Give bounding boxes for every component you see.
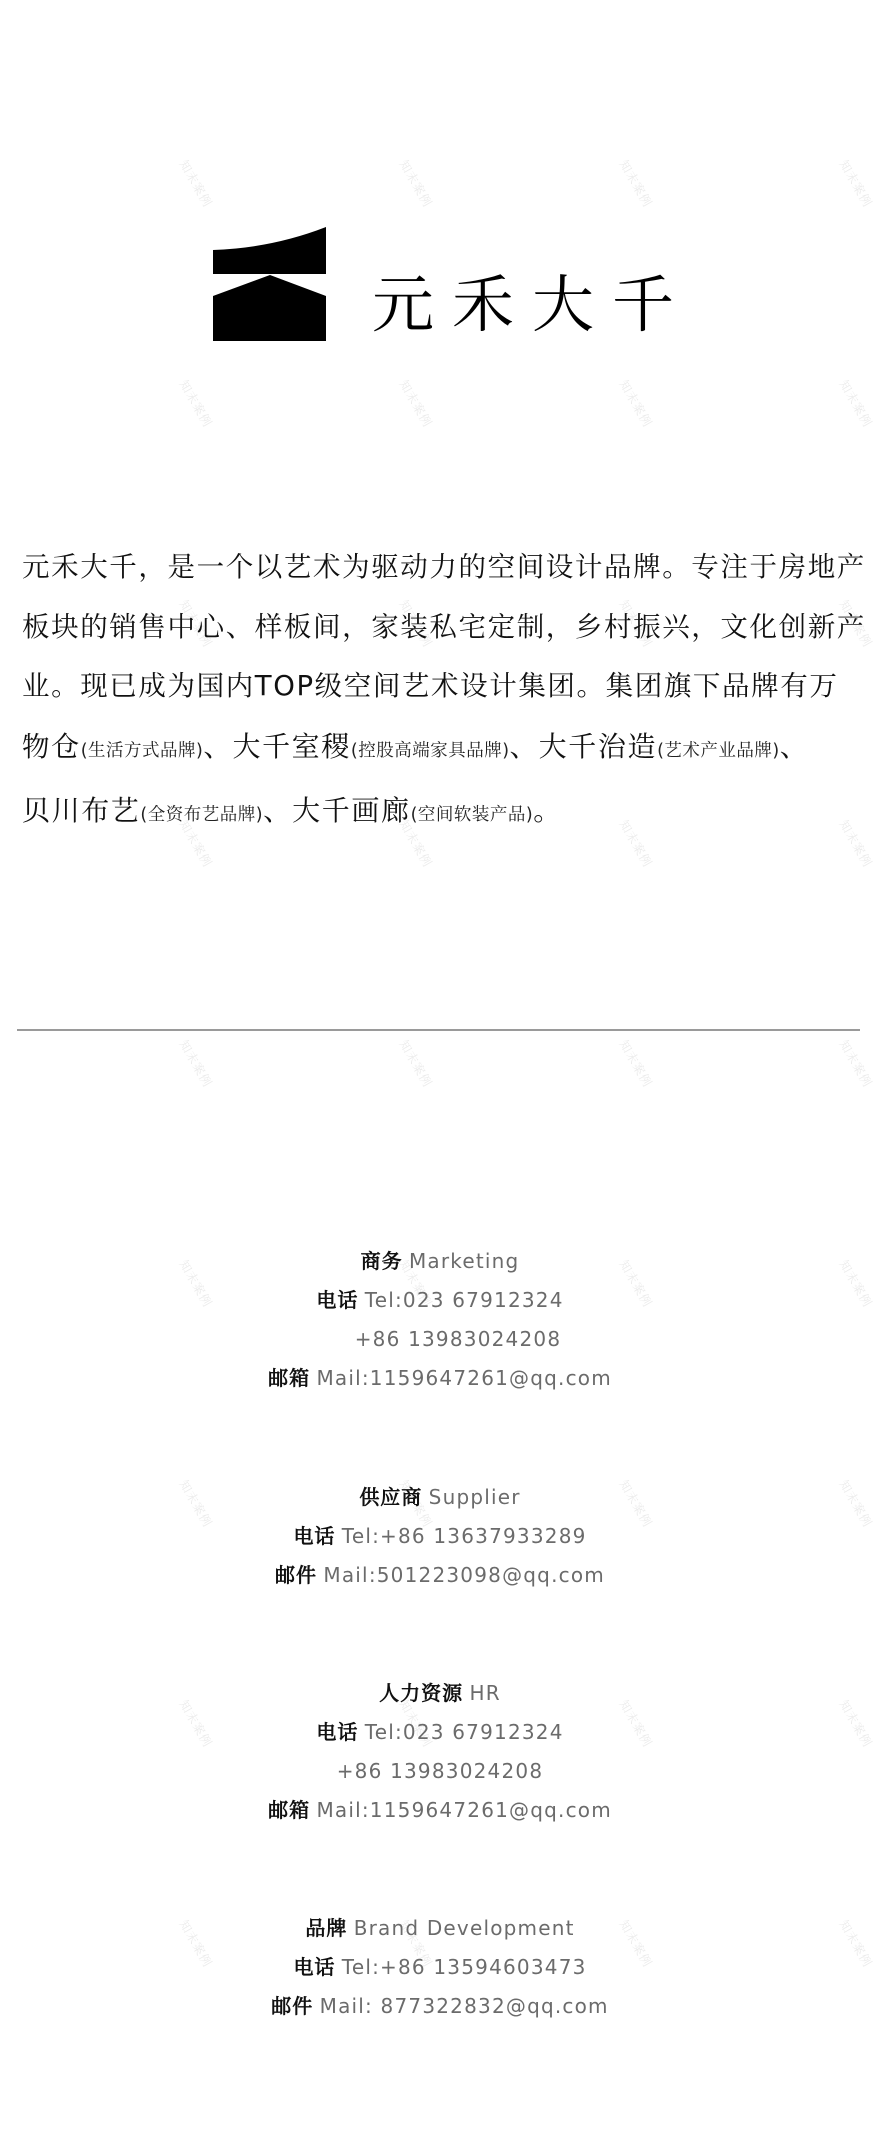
phone-link[interactable]: +86 13983024208 [355, 1327, 562, 1351]
logo-wordmark: 元 禾 大 千 [372, 270, 692, 340]
brand-name: 大千画廊 [292, 794, 410, 827]
brand-note: (全资布艺品牌) [140, 805, 263, 825]
brand-name: 大千治造 [539, 730, 657, 763]
phone-link[interactable]: Tel:023 67912324 [365, 1720, 564, 1744]
logo-char: 千 [612, 270, 692, 340]
email-link[interactable]: Mail:1159647261@qq.com [316, 1798, 611, 1822]
watermark-text: 知末案例 [176, 157, 217, 211]
phone-link[interactable]: Tel:+86 13594603473 [342, 1955, 587, 1979]
watermark-text: 知末案例 [836, 1037, 877, 1091]
watermark-text: 知末案例 [836, 157, 877, 211]
section-divider [17, 1029, 860, 1031]
intro-text: 。 [533, 795, 562, 827]
brand-name: 大千室稷 [232, 730, 350, 763]
contact-email: 邮件 Mail:501223098@qq.com [0, 1556, 880, 1595]
contact-email: 邮箱 Mail:1159647261@qq.com [0, 1791, 880, 1830]
logo-char: 禾 [452, 270, 532, 340]
logo-mark-icon [212, 226, 327, 342]
watermark-text: 知末案例 [616, 157, 657, 211]
logo-char: 大 [532, 270, 612, 340]
contact-block-brand-development: 品牌 Brand Development 电话 Tel:+86 13594603… [0, 1909, 880, 2026]
intro-text: 、 [203, 731, 232, 763]
contact-phone: 电话 Tel:+86 13637933289 [0, 1517, 880, 1556]
intro-text: 、 [263, 795, 292, 827]
brand-note: (空间软装产品) [411, 805, 534, 825]
brand-note: (生活方式品牌) [81, 741, 204, 761]
phone-link[interactable]: Tel:023 67912324 [365, 1288, 564, 1312]
contact-email: 邮件 Mail: 877322832@qq.com [0, 1987, 880, 2026]
watermark-text: 知末案例 [176, 1037, 217, 1091]
brand-note: (艺术产业品牌) [657, 741, 780, 761]
contact-email: 邮箱 Mail:1159647261@qq.com [0, 1359, 880, 1398]
contact-phone: 电话 Tel:+86 13594603473 [0, 1948, 880, 1987]
contact-block-supplier: 供应商 Supplier 电话 Tel:+86 13637933289 邮件 M… [0, 1478, 880, 1595]
watermark-text: 知末案例 [396, 1037, 437, 1091]
phone-link[interactable]: +86 13983024208 [337, 1759, 544, 1783]
contact-heading: 商务 Marketing [0, 1242, 880, 1281]
watermark-text: 知末案例 [396, 377, 437, 431]
intro-text: 元禾大千，是一个以艺术为驱动力的空间设计品牌。专注于房地产板块的销售中心、样板间… [22, 551, 866, 763]
watermark-text: 知末案例 [176, 377, 217, 431]
contact-phone-alt: +86 13983024208 [0, 1320, 880, 1359]
brand-name: 贝川布艺 [22, 794, 140, 827]
brand-name: 仓 [51, 730, 81, 763]
company-introduction: 元禾大千，是一个以艺术为驱动力的空间设计品牌。专注于房地产板块的销售中心、样板间… [22, 538, 867, 846]
contact-heading: 品牌 Brand Development [0, 1909, 880, 1948]
contact-heading: 人力资源 HR [0, 1674, 880, 1713]
watermark-text: 知末案例 [836, 377, 877, 431]
contact-block-hr: 人力资源 HR 电话 Tel:023 67912324 +86 13983024… [0, 1674, 880, 1830]
contact-phone-alt: +86 13983024208 [0, 1752, 880, 1791]
intro-text: 、 [780, 731, 809, 763]
intro-text: 、 [510, 731, 539, 763]
watermark-text: 知末案例 [616, 377, 657, 431]
email-link[interactable]: Mail: 877322832@qq.com [320, 1994, 609, 2018]
email-link[interactable]: Mail:1159647261@qq.com [316, 1366, 611, 1390]
contact-block-marketing: 商务 Marketing 电话 Tel:023 67912324 +86 139… [0, 1242, 880, 1398]
logo-char: 元 [372, 270, 452, 340]
brand-note: (控股高端家具品牌) [351, 741, 510, 761]
watermark-text: 知末案例 [616, 1037, 657, 1091]
contact-phone: 电话 Tel:023 67912324 [0, 1713, 880, 1752]
phone-link[interactable]: Tel:+86 13637933289 [342, 1524, 587, 1548]
contact-phone: 电话 Tel:023 67912324 [0, 1281, 880, 1320]
email-link[interactable]: Mail:501223098@qq.com [323, 1563, 605, 1587]
watermark-text: 知末案例 [396, 157, 437, 211]
brand-logo: 元 禾 大 千 [212, 226, 672, 342]
contact-heading: 供应商 Supplier [0, 1478, 880, 1517]
